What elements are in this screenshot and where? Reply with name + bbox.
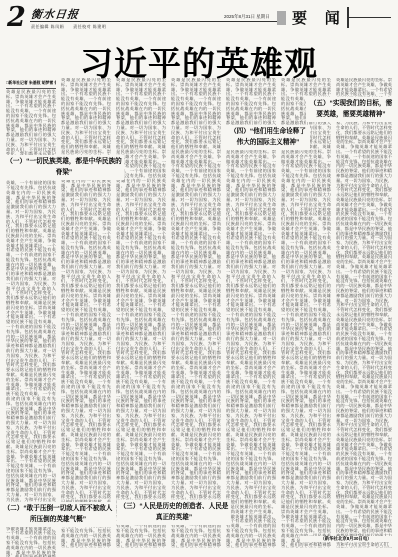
masthead-logo: 衡水日报 — [30, 6, 80, 22]
text-column-7: 英雄是民族最闪亮的坐标。崇尚英雄才会产生英雄，争做英雄才能英雄辈出。一个有希望的… — [336, 78, 392, 548]
editor-credit-line: 责任编辑 陈凤娟 责任校对 陈建明 — [31, 24, 106, 30]
section-heading-2: （二）“敢于压倒一切敌人而不被敌人所压倒的英雄气概” — [1, 502, 115, 527]
article-endnote: （新华社北京8月30日电） — [300, 536, 392, 542]
page-number: 2 — [7, 4, 26, 32]
text-column-2: 英雄是民族最闪亮的坐标。崇尚英雄才会产生英雄，争做英雄才能英雄辈出。一个有希望的… — [61, 78, 111, 548]
section-heading-3: （三）“人民是历史的创造者、人民是真正的英雄” — [117, 500, 231, 525]
section-heading-5: （五）“实现我们的目标，需要英雄，需要英雄精神” — [306, 97, 396, 122]
header-rule — [30, 21, 277, 22]
section-heading-4: （四）“他们用生命诠释了伟大的国际主义精神” — [226, 125, 310, 150]
section-name: 要 闻 — [292, 7, 347, 28]
section-marker-box — [277, 11, 286, 25]
article-byline: □新华社记者 朱基钗 胡梦雪 徐壮 — [6, 80, 56, 89]
text-column-4: 英雄是民族最闪亮的坐标。崇尚英雄才会产生英雄，争做英雄才能英雄辈出。一个有希望的… — [171, 78, 221, 548]
text-column-3: 英雄是民族最闪亮的坐标。崇尚英雄才会产生英雄，争做英雄才能英雄辈出。一个有希望的… — [116, 78, 166, 548]
text-column-1: 英雄是民族最闪亮的坐标。崇尚英雄才会产生英雄，争做英雄才能英雄辈出。一个有希望的… — [6, 78, 56, 557]
newspaper-page: 2 衡水日报 责任编辑 陈凤娟 责任校对 陈建明 2025年8月31日 星期日 … — [0, 0, 398, 557]
bracket-rule-horizontal — [347, 17, 391, 18]
section-heading-1: （一）“一切民族英雄，都是中华民族的脊梁” — [4, 155, 124, 180]
date-line: 2025年8月31日 星期日 — [224, 14, 270, 20]
